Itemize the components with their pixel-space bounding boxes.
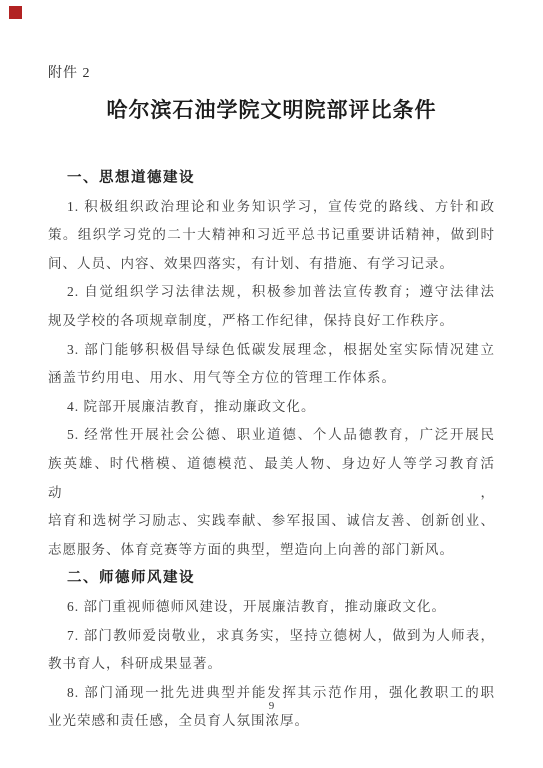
body-line: 族英雄、时代楷模、道德模范、最美人物、身边好人等学习教育活动， xyxy=(48,450,495,507)
body-line: 1. 积极组织政治理论和业务知识学习，宣传党的路线、方针和政 xyxy=(48,193,495,222)
attachment-label: 附件 2 xyxy=(48,62,91,82)
body-line: 培育和选树学习励志、实践奉献、参军报国、诚信友善、创新创业、 xyxy=(48,507,495,536)
document-page: 附件 2 哈尔滨石油学院文明院部评比条件 一、思想道德建设1. 积极组织政治理论… xyxy=(0,0,543,768)
body-line: 2. 自觉组织学习法律法规，积极参加普法宣传教育；遵守法律法 xyxy=(48,278,495,307)
document-body: 一、思想道德建设1. 积极组织政治理论和业务知识学习，宣传党的路线、方针和政策。… xyxy=(48,164,495,736)
body-line: 志愿服务、体育竞赛等方面的典型，塑造向上向善的部门新风。 xyxy=(48,536,495,565)
body-line: 5. 经常性开展社会公德、职业道德、个人品德教育，广泛开展民 xyxy=(48,421,495,450)
body-line: 7. 部门教师爱岗敬业，求真务实，坚持立德树人，做到为人师表， xyxy=(48,622,495,651)
body-line: 规及学校的各项规章制度，严格工作纪律，保持良好工作秩序。 xyxy=(48,307,495,336)
body-line: 策。组织学习党的二十大精神和习近平总书记重要讲话精神，做到时 xyxy=(48,221,495,250)
body-line: 4. 院部开展廉洁教育，推动廉政文化。 xyxy=(48,393,495,422)
body-line: 教书育人，科研成果显著。 xyxy=(48,650,495,679)
body-line: 3. 部门能够积极倡导绿色低碳发展理念，根据处室实际情况建立 xyxy=(48,336,495,365)
body-line: 间、人员、内容、效果四落实，有计划、有措施、有学习记录。 xyxy=(48,250,495,279)
section-heading: 一、思想道德建设 xyxy=(48,164,495,193)
page-title: 哈尔滨石油学院文明院部评比条件 xyxy=(0,94,543,124)
body-line: 6. 部门重视师德师风建设，开展廉洁教育，推动廉政文化。 xyxy=(48,593,495,622)
body-line: 涵盖节约用电、用水、用气等全方位的管理工作体系。 xyxy=(48,364,495,393)
red-marker xyxy=(9,6,22,19)
page-number: 9 xyxy=(0,700,543,712)
section-heading: 二、师德师风建设 xyxy=(48,564,495,593)
